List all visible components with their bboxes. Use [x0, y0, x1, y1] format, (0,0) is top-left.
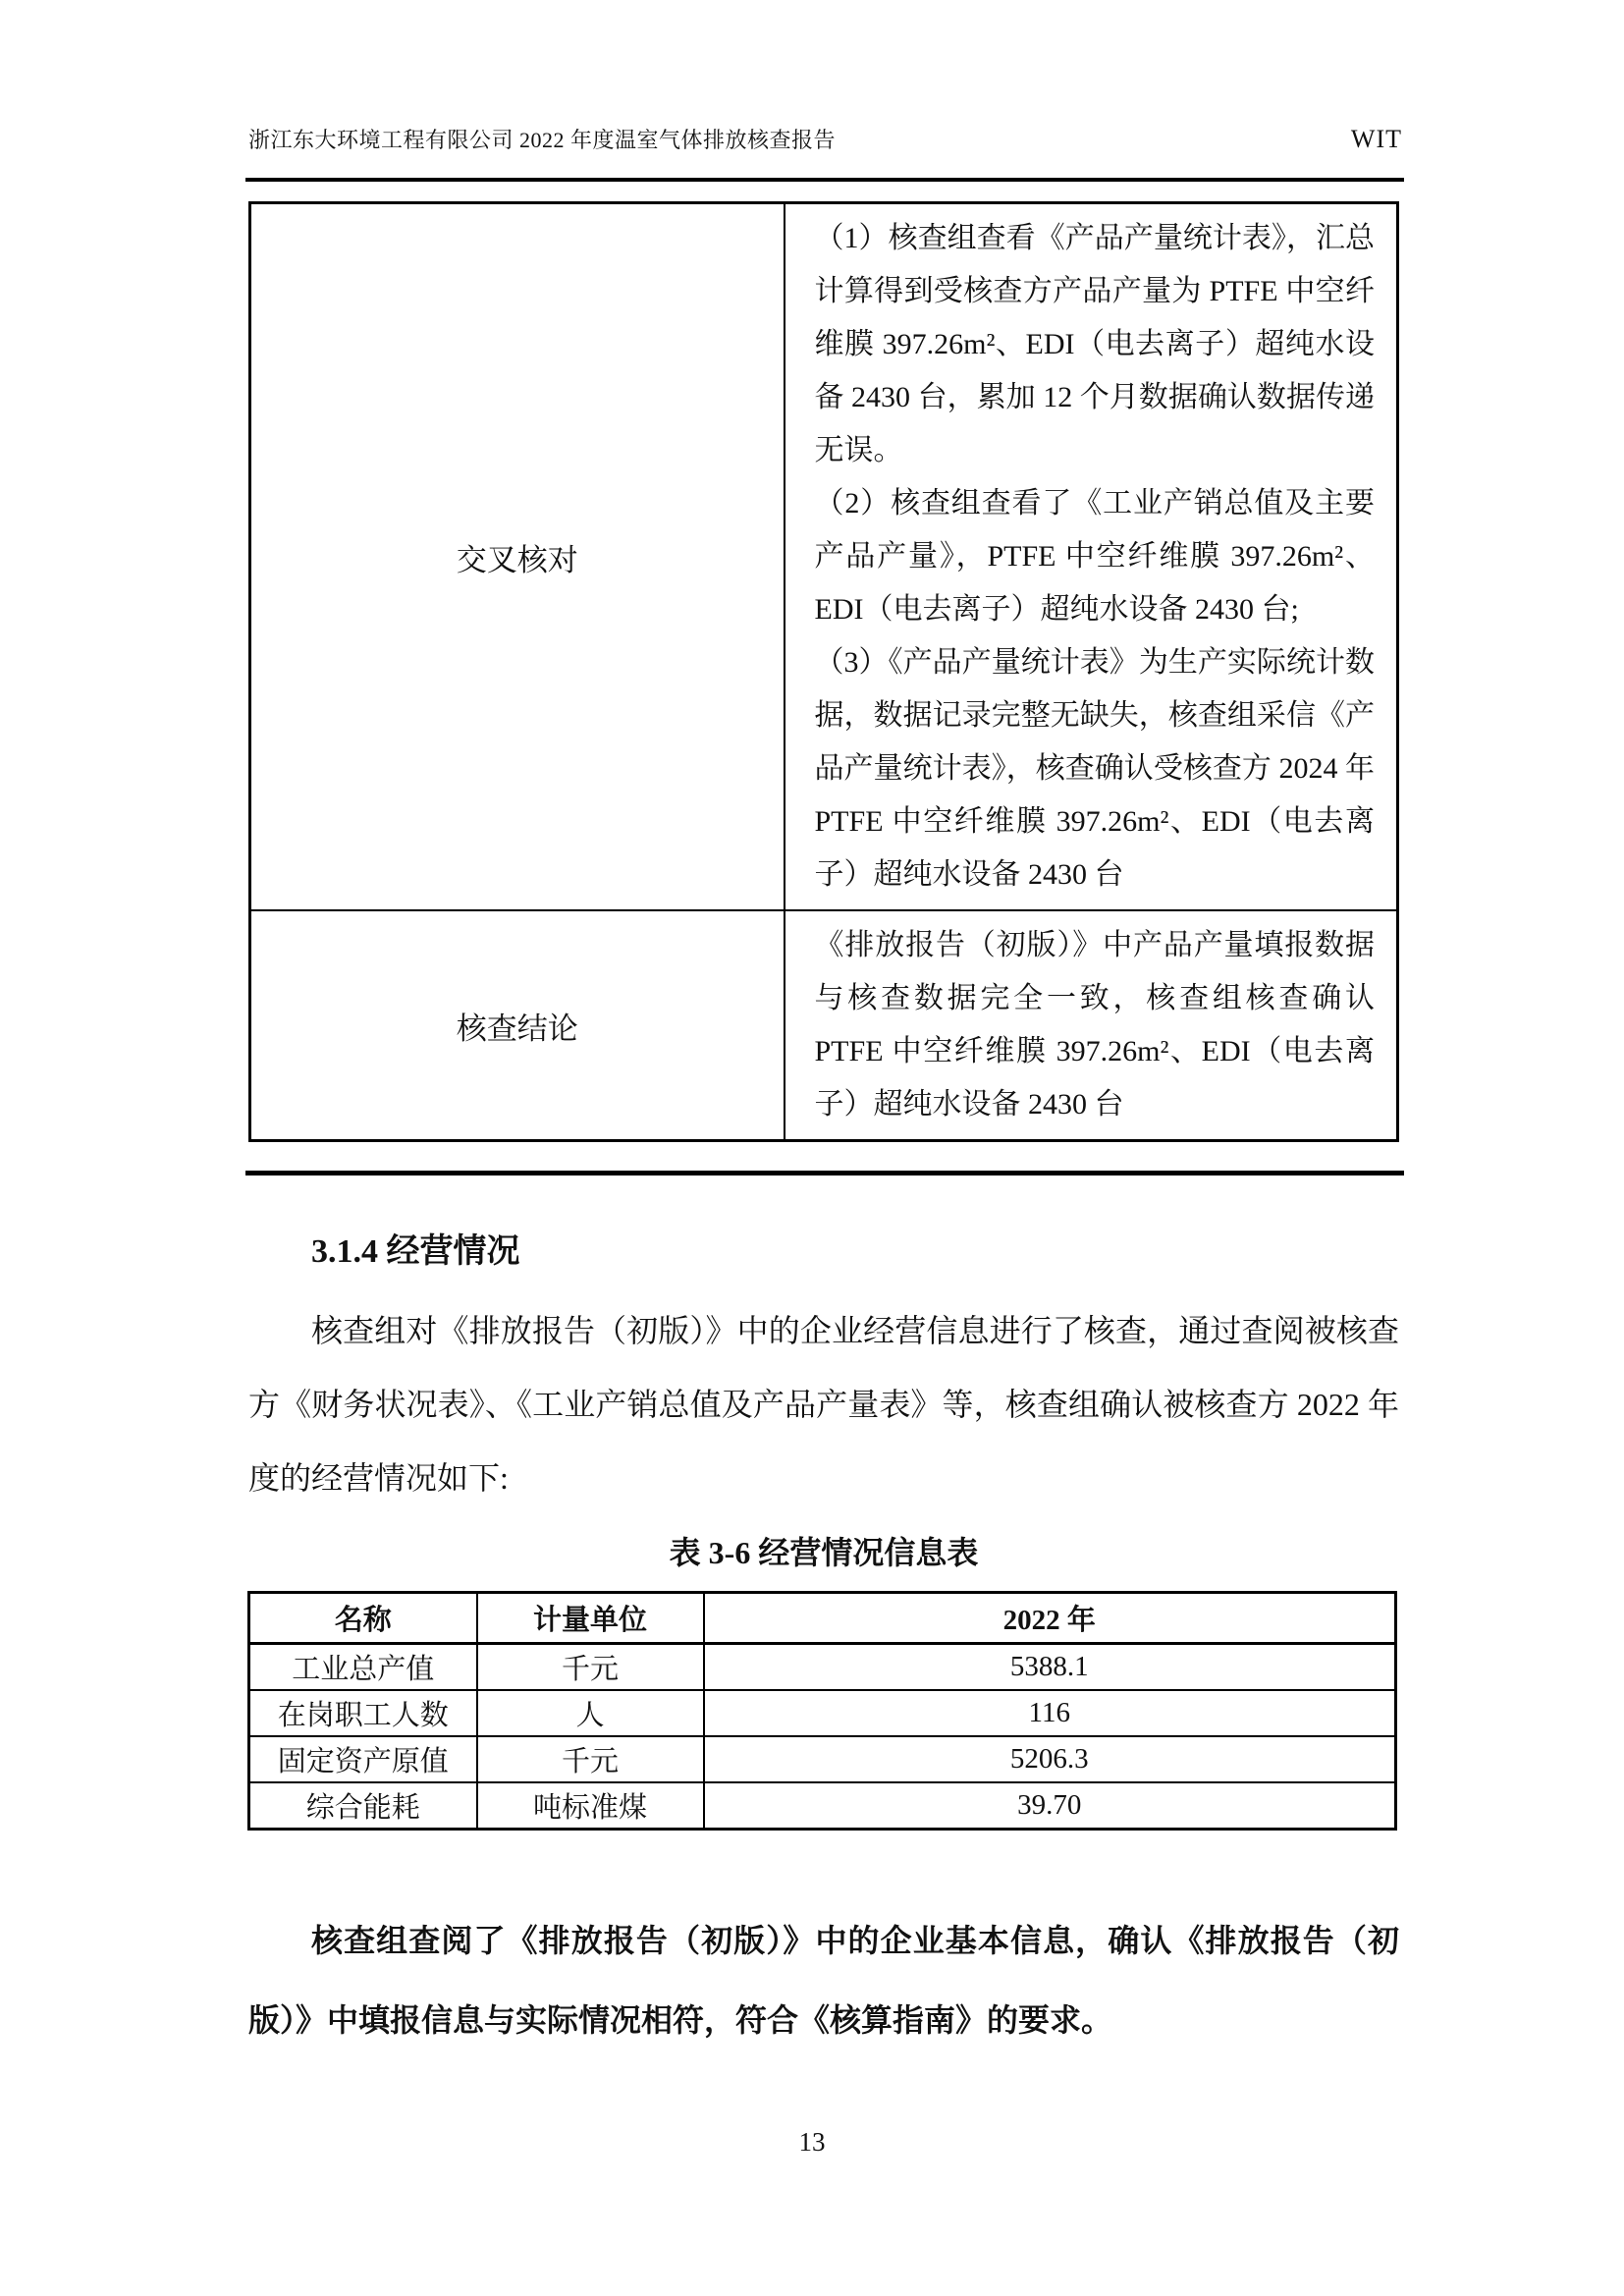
cell-value: 116	[704, 1690, 1396, 1736]
cell-name: 综合能耗	[249, 1782, 477, 1830]
table-row: 在岗职工人数 人 116	[249, 1690, 1396, 1736]
table-row-conclusion: 核查结论 《排放报告（初版）》中产品产量填报数据与核查数据完全一致，核查组核查确…	[250, 910, 1398, 1141]
header-divider	[245, 178, 1404, 182]
column-header: 2022 年	[704, 1593, 1396, 1644]
verification-table: 交叉核对 （1）核查组查看《产品产量统计表》，汇总计算得到受核查方产品产量为 P…	[248, 201, 1399, 1142]
cell-paragraph: 《排放报告（初版）》中产品产量填报数据与核查数据完全一致，核查组核查确认 PTF…	[815, 919, 1376, 1131]
table-row: 固定资产原值 千元 5206.3	[249, 1736, 1396, 1782]
cell-unit: 千元	[477, 1736, 704, 1782]
table-caption: 表 3-6 经营情况信息表	[248, 1528, 1399, 1573]
cell-value: 5206.3	[704, 1736, 1396, 1782]
column-header: 计量单位	[477, 1593, 704, 1644]
cell-unit: 千元	[477, 1644, 704, 1691]
page-number: 13	[0, 2127, 1624, 2158]
cell-unit: 吨标准煤	[477, 1782, 704, 1830]
document-page: 浙江东大环境工程有限公司 2022 年度温室气体排放核查报告 WIT 交叉核对 …	[0, 0, 1624, 2296]
column-header: 名称	[249, 1593, 477, 1644]
cell-paragraph: （3）《产品产量统计表》为生产实际统计数据，数据记录完整无缺失，核查组采信《产品…	[815, 636, 1376, 902]
cell-name: 在岗职工人数	[249, 1690, 477, 1736]
table-row-cross-check: 交叉核对 （1）核查组查看《产品产量统计表》，汇总计算得到受核查方产品产量为 P…	[250, 203, 1398, 911]
row-label: 核查结论	[250, 910, 785, 1141]
table-row: 工业总产值 千元 5388.1	[249, 1644, 1396, 1691]
header-title: 浙江东大环境工程有限公司 2022 年度温室气体排放核查报告	[248, 124, 836, 154]
row-content: 《排放报告（初版）》中产品产量填报数据与核查数据完全一致，核查组核查确认 PTF…	[785, 910, 1398, 1141]
cell-value: 39.70	[704, 1782, 1396, 1830]
cell-name: 固定资产原值	[249, 1736, 477, 1782]
cell-name: 工业总产值	[249, 1644, 477, 1691]
info-table: 名称 计量单位 2022 年 工业总产值 千元 5388.1 在岗职工人数 人 …	[247, 1591, 1397, 1831]
cell-paragraph: （2）核查组查看了《工业产销总值及主要产品产量》，PTFE 中空纤维膜 397.…	[815, 477, 1376, 636]
closing-paragraph: 核查组查阅了《排放报告（初版）》中的企业基本信息，确认《排放报告（初版）》中填报…	[248, 1901, 1399, 2060]
body-paragraph: 核查组对《排放报告（初版）》中的企业经营信息进行了核查，通过查阅被核查方《财务状…	[248, 1294, 1399, 1515]
cell-unit: 人	[477, 1690, 704, 1736]
page-header: 浙江东大环境工程有限公司 2022 年度温室气体排放核查报告 WIT	[248, 124, 1402, 154]
row-content: （1）核查组查看《产品产量统计表》，汇总计算得到受核查方产品产量为 PTFE 中…	[785, 203, 1398, 911]
table-row: 综合能耗 吨标准煤 39.70	[249, 1782, 1396, 1830]
row-label: 交叉核对	[250, 203, 785, 911]
cell-paragraph: （1）核查组查看《产品产量统计表》，汇总计算得到受核查方产品产量为 PTFE 中…	[815, 212, 1376, 477]
section-heading: 3.1.4 经营情况	[311, 1224, 520, 1272]
header-logo-text: WIT	[1351, 125, 1402, 154]
section-divider	[245, 1171, 1404, 1175]
cell-value: 5388.1	[704, 1644, 1396, 1691]
info-table-header-row: 名称 计量单位 2022 年	[249, 1593, 1396, 1644]
